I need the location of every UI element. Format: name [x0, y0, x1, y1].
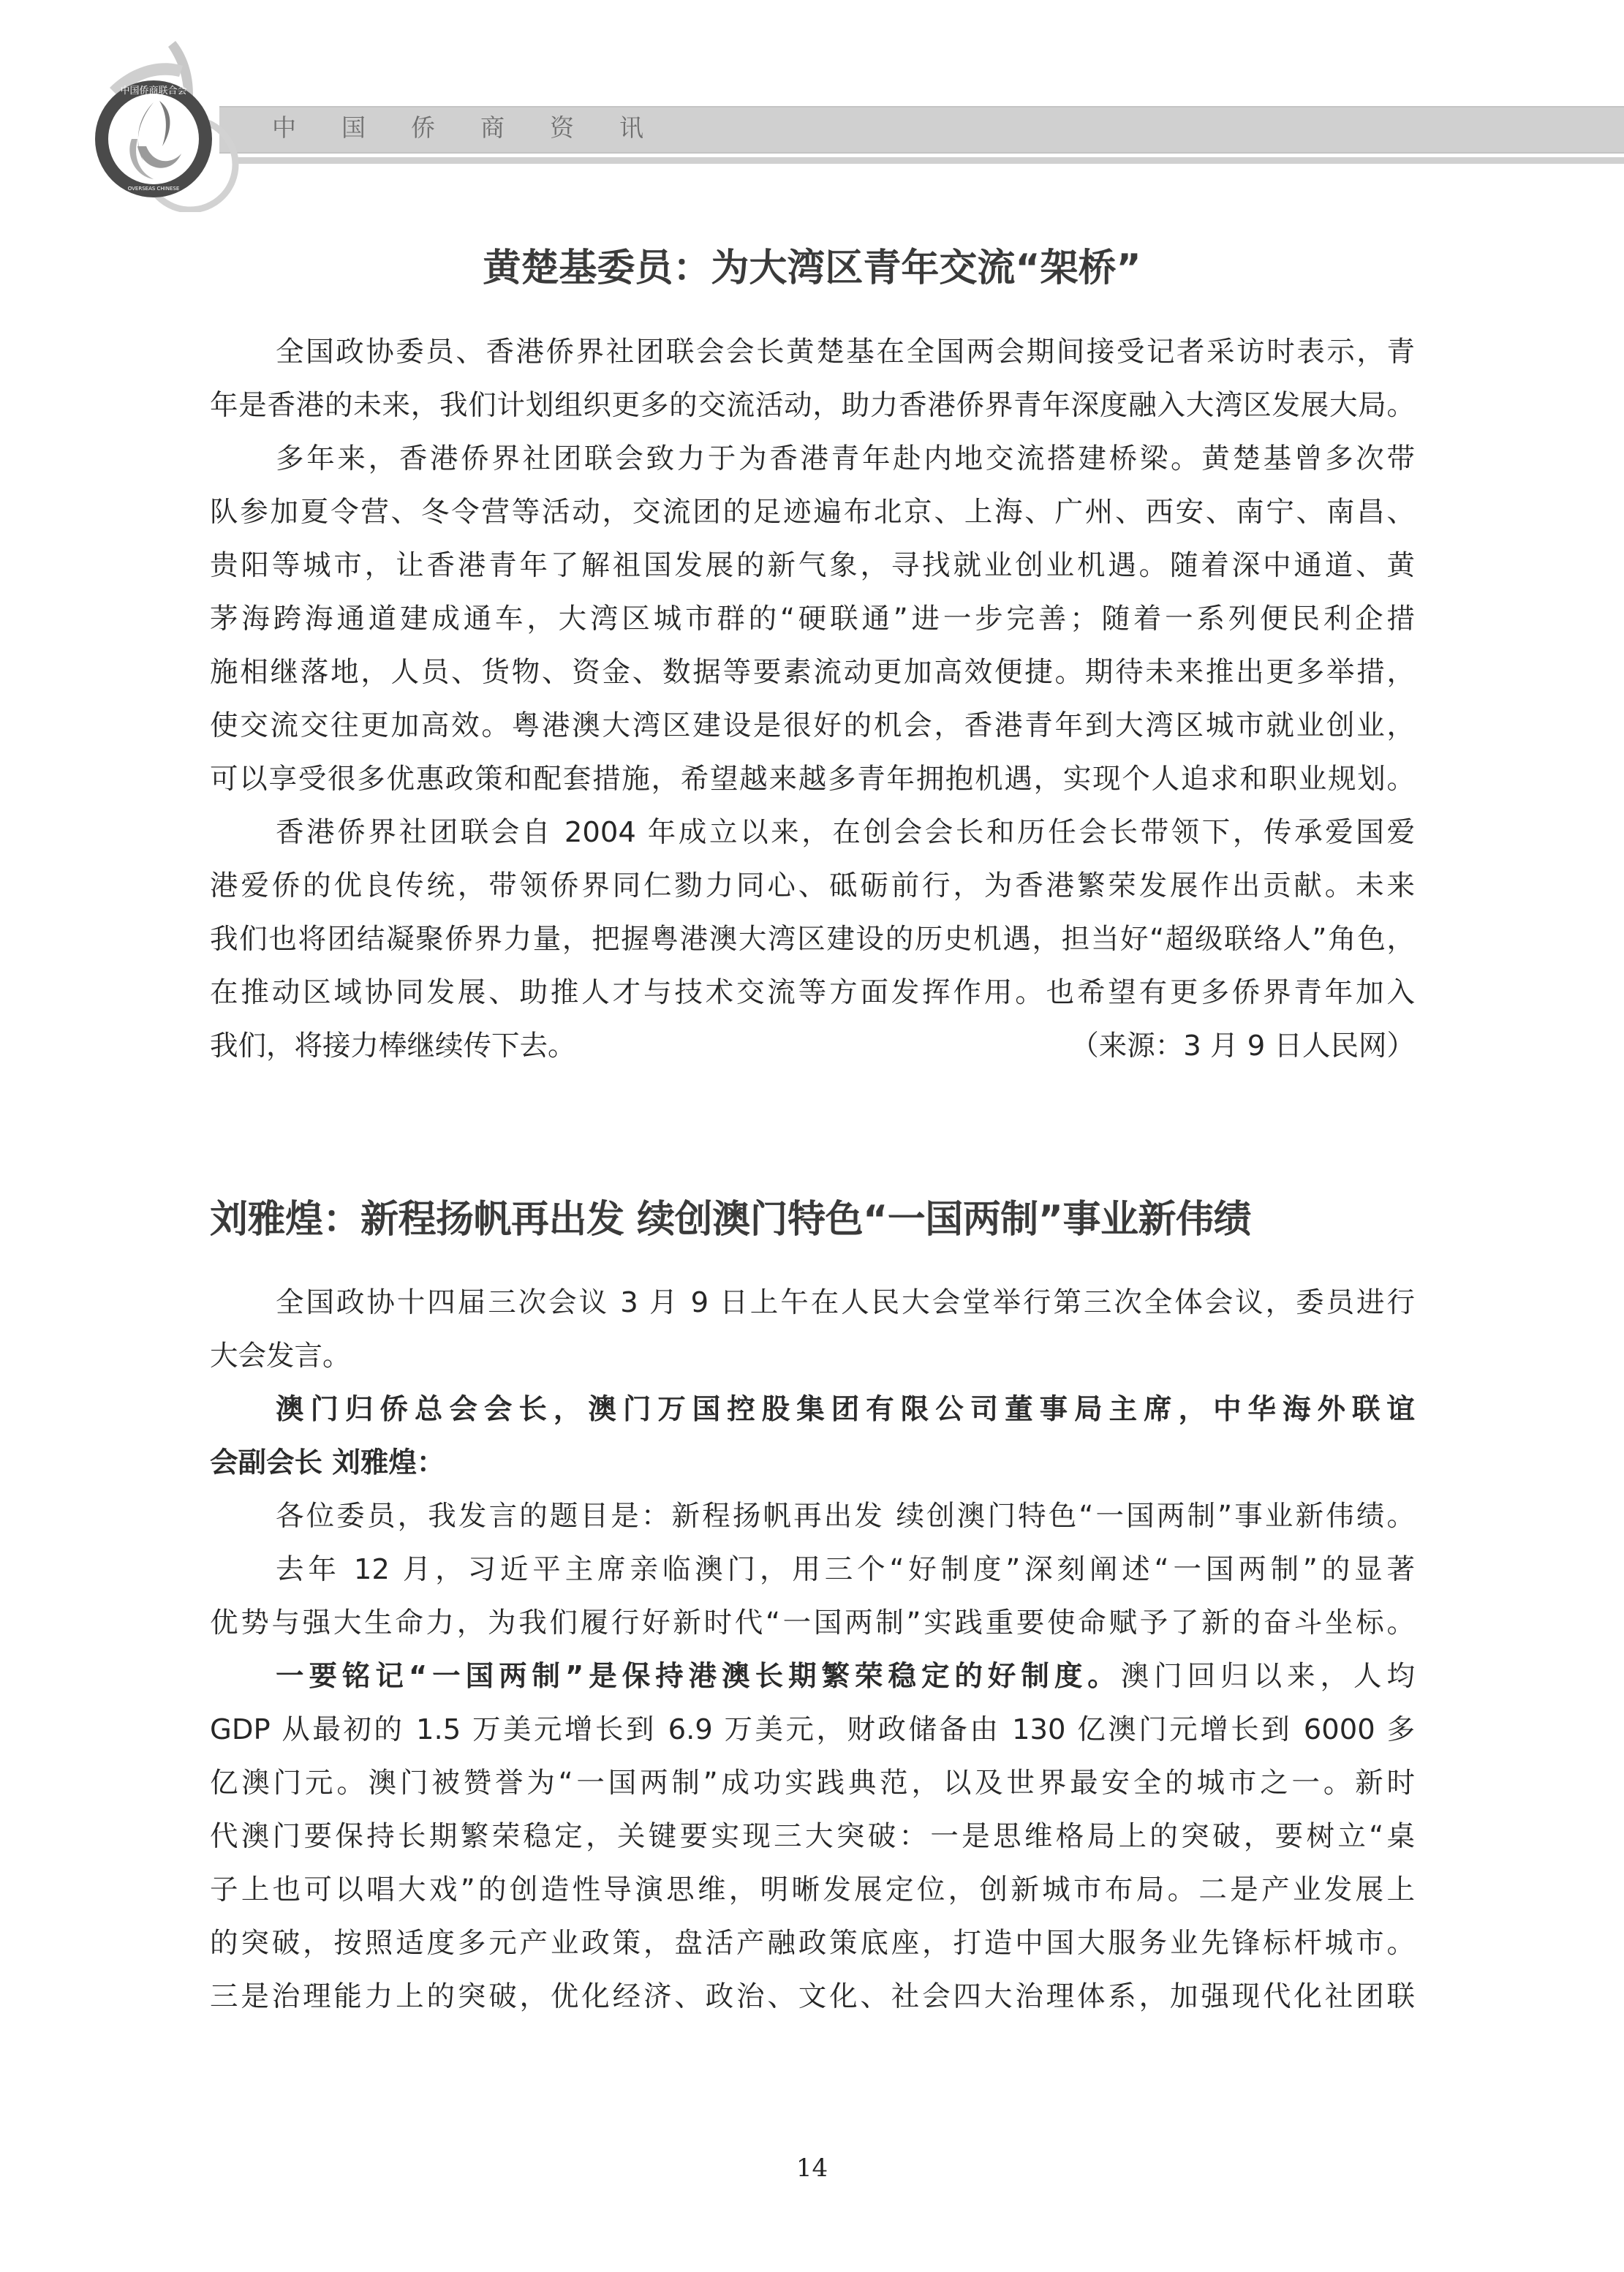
text-line: 子上也可以唱大戏”的创造性导演思维，明晰发展定位，创新城市布局。二是产业发展上 — [210, 1863, 1415, 1917]
text-line-with-bold-lead: 一要铭记“一国两制”是保持港澳长期繁荣稳定的好制度。澳门回归以来，人均 — [210, 1650, 1415, 1703]
page-header: 中国侨商联合会 OVERSEAS CHINESE 中国侨商资讯 — [0, 0, 1624, 205]
svg-text:OVERSEAS CHINESE: OVERSEAS CHINESE — [128, 186, 180, 192]
article-1-title: 黄楚基委员：为大湾区青年交流“架桥” — [0, 246, 1624, 290]
article-2-body: 全国政协十四届三次会议 3 月 9 日上午在人民大会堂举行第三次全体会议，委员进… — [210, 1276, 1415, 2023]
text-line: 队参加夏令营、冬令营等活动，交流团的足迹遍布北京、上海、广州、西安、南宁、南昌、 — [210, 486, 1415, 539]
speaker-intro-line: 会副会长 刘雅煌： — [210, 1436, 1415, 1490]
text-line: 去年 12 月，习近平主席亲临澳门，用三个“好制度”深刻阐述“一国两制”的显著 — [210, 1543, 1415, 1596]
text-line: 全国政协委员、香港侨界社团联会会长黄楚基在全国两会期间接受记者采访时表示，青 — [210, 325, 1415, 379]
text-line: 茅海跨海通道建成通车，大湾区城市群的“硬联通”进一步完善；随着一系列便民利企措 — [210, 592, 1415, 646]
bold-lead-sentence: 一要铭记“一国两制”是保持港澳长期繁荣稳定的好制度。 — [276, 1660, 1121, 1693]
article-1-body: 全国政协委员、香港侨界社团联会会长黄楚基在全国两会期间接受记者采访时表示，青 年… — [210, 325, 1415, 1073]
publication-title-char: 资 — [550, 113, 619, 143]
publication-title-char: 侨 — [411, 113, 480, 143]
text-line: 代澳门要保持长期繁荣稳定，关键要实现三大突破：一是思维格局上的突破，要树立“桌 — [210, 1810, 1415, 1863]
article-2-title: 刘雅煌：新程扬帆再出发 续创澳门特色“一国两制”事业新伟绩 — [210, 1198, 1416, 1242]
text-line: 施相继落地，人员、货物、资金、数据等要素流动更加高效便捷。期待未来推出更多举措， — [210, 646, 1415, 699]
text-line: 港爱侨的优良传统，带领侨界同仁勠力同心、砥砺前行，为香港繁荣发展作出贡献。未来 — [210, 859, 1415, 913]
text-line: 我们，将接力棒继续传下去。 — [210, 1019, 576, 1073]
last-line-with-source: 我们，将接力棒继续传下去。 （来源：3 月 9 日人民网） — [210, 1019, 1415, 1073]
text-line: 年是香港的未来，我们计划组织更多的交流活动，助力香港侨界青年深度融入大湾区发展大… — [210, 379, 1415, 432]
text-line: 大会发言。 — [210, 1329, 1415, 1383]
text-line: 我们也将团结凝聚侨界力量，把握粤港澳大湾区建设的历史机遇，担当好“超级联络人”角… — [210, 913, 1415, 966]
speaker-intro-line: 澳门归侨总会会长，澳门万国控股集团有限公司董事局主席，中华海外联谊 — [210, 1383, 1415, 1436]
source-citation: （来源：3 月 9 日人民网） — [1070, 1019, 1415, 1073]
text-fragment: 澳门回归以来，人均 — [1121, 1660, 1415, 1693]
text-line: 多年来，香港侨界社团联会致力于为香港青年赴内地交流搭建桥梁。黄楚基曾多次带 — [210, 432, 1415, 486]
text-line: 贵阳等城市，让香港青年了解祖国发展的新气象，寻找就业创业机遇。随着深中通道、黄 — [210, 539, 1415, 592]
text-line: 亿澳门元。澳门被赞誉为“一国两制”成功实践典范，以及世界最安全的城市之一。新时 — [210, 1756, 1415, 1810]
svg-text:中国侨商联合会: 中国侨商联合会 — [120, 85, 186, 97]
publication-title-char: 商 — [480, 113, 550, 143]
page-number: 14 — [0, 2154, 1624, 2183]
text-line: GDP 从最初的 1.5 万美元增长到 6.9 万美元，财政储备由 130 亿澳… — [210, 1703, 1415, 1756]
text-line: 的突破，按照适度多元产业政策，盘活产融政策底座，打造中国大服务业先锋标杆城市。 — [210, 1917, 1415, 1970]
text-line: 在推动区域协同发展、助推人才与技术交流等方面发挥作用。也希望有更多侨界青年加入 — [210, 966, 1415, 1019]
text-line: 全国政协十四届三次会议 3 月 9 日上午在人民大会堂举行第三次全体会议，委员进… — [210, 1276, 1415, 1329]
organization-emblem-icon: 中国侨商联合会 OVERSEAS CHINESE — [80, 37, 256, 212]
header-band-thin — [233, 157, 1624, 164]
text-line: 香港侨界社团联会自 2004 年成立以来，在创会会长和历任会长带领下，传承爱国爱 — [210, 806, 1415, 859]
publication-title-char: 国 — [341, 113, 411, 143]
publication-title-char: 中 — [272, 113, 341, 143]
text-line: 优势与强大生命力，为我们履行好新时代“一国两制”实践重要使命赋予了新的奋斗坐标。 — [210, 1596, 1415, 1650]
publication-title-char: 讯 — [619, 113, 689, 143]
publication-title: 中国侨商资讯 — [272, 113, 689, 143]
text-line: 三是治理能力上的突破，优化经济、政治、文化、社会四大治理体系，加强现代化社团联 — [210, 1970, 1415, 2023]
text-line: 各位委员，我发言的题目是：新程扬帆再出发 续创澳门特色“一国两制”事业新伟绩。 — [210, 1490, 1415, 1543]
text-line: 使交流交往更加高效。粤港澳大湾区建设是很好的机会，香港青年到大湾区城市就业创业， — [210, 699, 1415, 752]
text-line: 可以享受很多优惠政策和配套措施，希望越来越多青年拥抱机遇，实现个人追求和职业规划… — [210, 752, 1415, 806]
